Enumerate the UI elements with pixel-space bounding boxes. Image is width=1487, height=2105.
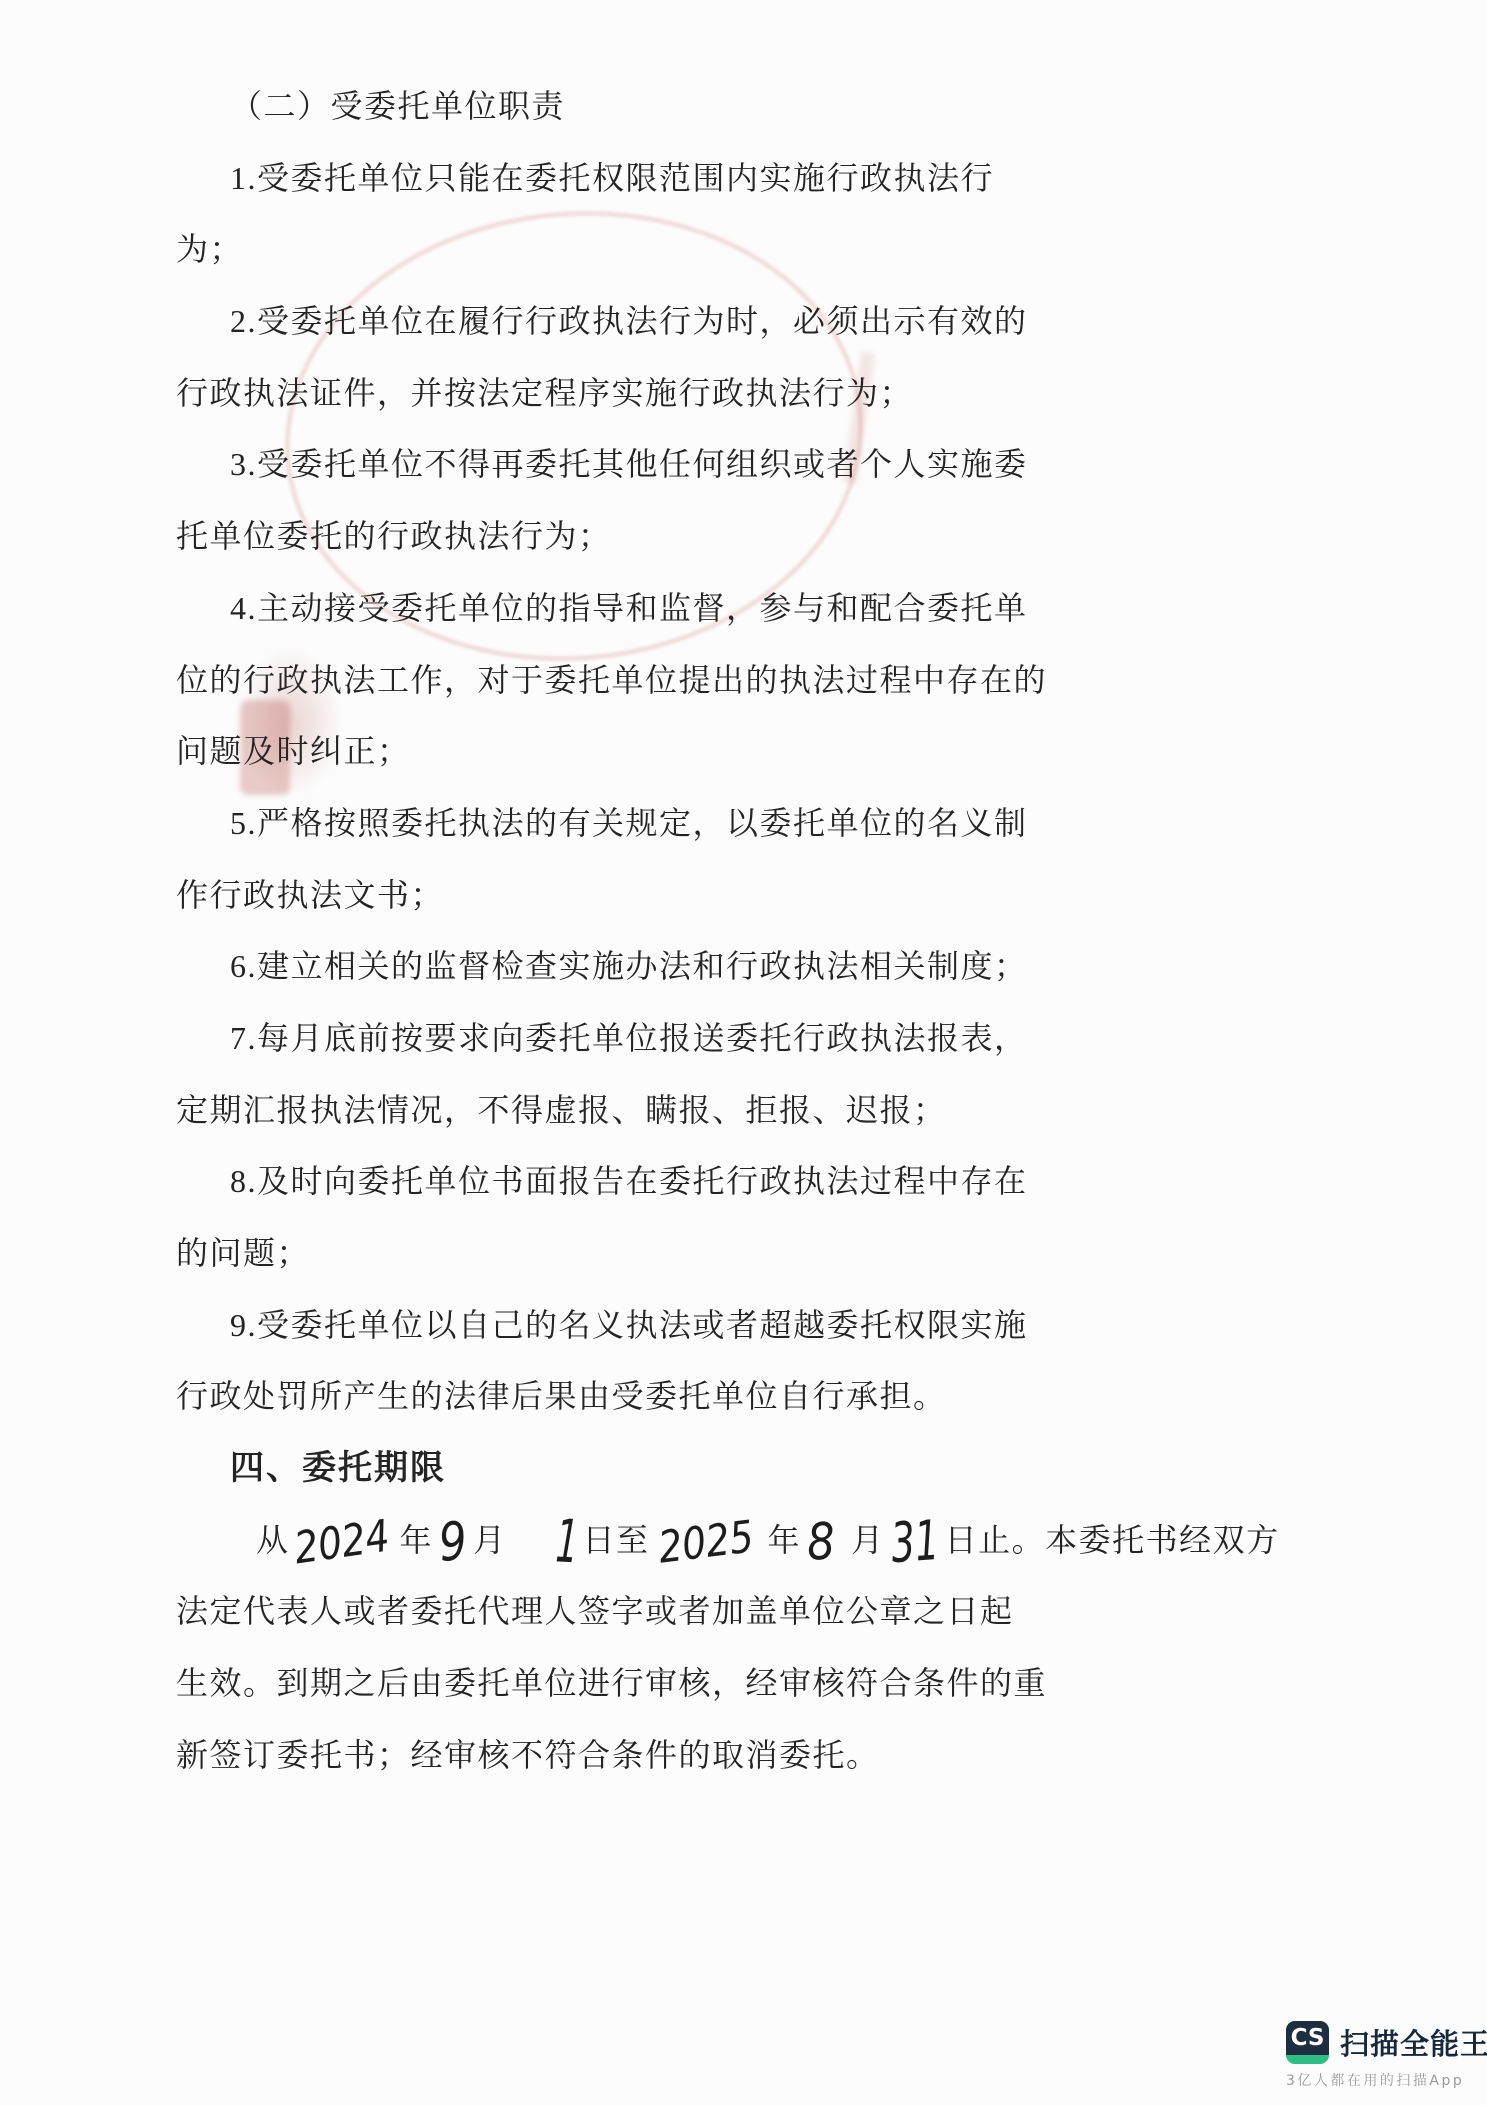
handwritten-start-month: 9: [437, 1515, 469, 1570]
term-to: 至: [616, 1522, 650, 1558]
section4-heading: 四、委托期限: [176, 1433, 1016, 1505]
cs-logo-icon: CS: [1286, 2021, 1329, 2064]
handwritten-end-day: 31: [889, 1514, 940, 1572]
clause-5-line-1: 5.严格按照委托执法的有关规定，以委托单位的名义制: [176, 788, 1016, 860]
term-day-label: 日: [583, 1522, 617, 1558]
scanner-app-name-text: 扫描全能王: [1340, 2027, 1487, 2061]
clause-5-line-2: 作行政执法文书；: [176, 860, 1016, 932]
closing-line-1: 法定代表人或者委托代理人签字或者加盖单位公章之日起: [176, 1576, 1016, 1648]
clause-9-line-2: 行政处罚所产生的法律后果由受委托单位自行承担。: [176, 1361, 1016, 1433]
document-body: （二）受委托单位职责 1.受委托单位只能在委托权限范围内实施行政执法行 为； 2…: [176, 71, 1016, 1792]
handwritten-start-day: 1: [554, 1513, 579, 1573]
term-month-label: 月: [473, 1522, 507, 1558]
scanner-tagline: 3亿人都在用的扫描App: [1286, 2070, 1466, 2090]
handwritten-end-year: 2025: [656, 1515, 756, 1570]
term-year-label: 年: [768, 1522, 802, 1558]
clause-3-line-2: 托单位委托的行政执法行为；: [176, 501, 1016, 573]
clause-7-line-1: 7.每月底前按要求向委托单位报送委托行政执法报表，: [176, 1003, 1016, 1075]
clause-6-line-1: 6.建立相关的监督检查实施办法和行政执法相关制度；: [176, 931, 1016, 1003]
scanned-document-page: （二）受委托单位职责 1.受委托单位只能在委托权限范围内实施行政执法行 为； 2…: [0, 0, 1487, 2105]
term-month-label: 月: [851, 1522, 885, 1558]
clause-2-line-1: 2.受委托单位在履行行政执法行为时，必须出示有效的: [176, 286, 1016, 358]
clause-4-line-3: 问题及时纠正；: [176, 716, 1016, 788]
cs-logo-accent-bar: [1286, 2055, 1329, 2064]
clause-4-line-2: 位的行政执法工作，对于委托单位提出的执法过程中存在的: [176, 645, 1016, 717]
clause-8-line-2: 的问题；: [176, 1218, 1016, 1290]
term-tail: 日止。本委托书经双方: [945, 1522, 1280, 1558]
clause-1-line-2: 为；: [176, 214, 1016, 286]
term-year-label: 年: [400, 1522, 434, 1558]
clause-7-line-2: 定期汇报执法情况，不得虚报、瞒报、拒报、迟报；: [176, 1075, 1016, 1147]
clause-1-line-1: 1.受委托单位只能在委托权限范围内实施行政执法行: [176, 143, 1016, 215]
closing-line-2: 生效。到期之后由委托单位进行审核，经审核符合条件的重: [176, 1648, 1016, 1720]
clause-4-line-1: 4.主动接受委托单位的指导和监督，参与和配合委托单: [176, 573, 1016, 645]
closing-line-3: 新签订委托书；经审核不符合条件的取消委托。: [176, 1720, 1016, 1792]
section2-heading: （二）受委托单位职责: [176, 71, 1016, 143]
clause-9-line-1: 9.受委托单位以自己的名义执法或者超越委托权限实施: [176, 1290, 1016, 1362]
clause-8-line-1: 8.及时向委托单位书面报告在委托行政执法过程中存在: [176, 1146, 1016, 1218]
handwritten-start-year: 2024: [291, 1514, 391, 1571]
term-line: 从2024年9月1日至2025年8月31日止。本委托书经双方: [176, 1505, 1016, 1577]
scanner-app-name: 扫描全能王™: [1340, 2022, 1487, 2063]
handwritten-end-month: 8: [806, 1517, 837, 1569]
clause-3-line-1: 3.受委托单位不得再委托其他任何组织或者个人实施委: [176, 429, 1016, 501]
term-from: 从: [256, 1522, 290, 1558]
cs-logo-letters: CS: [1286, 2021, 1329, 2055]
clause-2-line-2: 行政执法证件，并按法定程序实施行政执法行为；: [176, 358, 1016, 430]
scanner-watermark: CS 扫描全能王™ 3亿人都在用的扫描App: [1286, 2021, 1466, 2090]
